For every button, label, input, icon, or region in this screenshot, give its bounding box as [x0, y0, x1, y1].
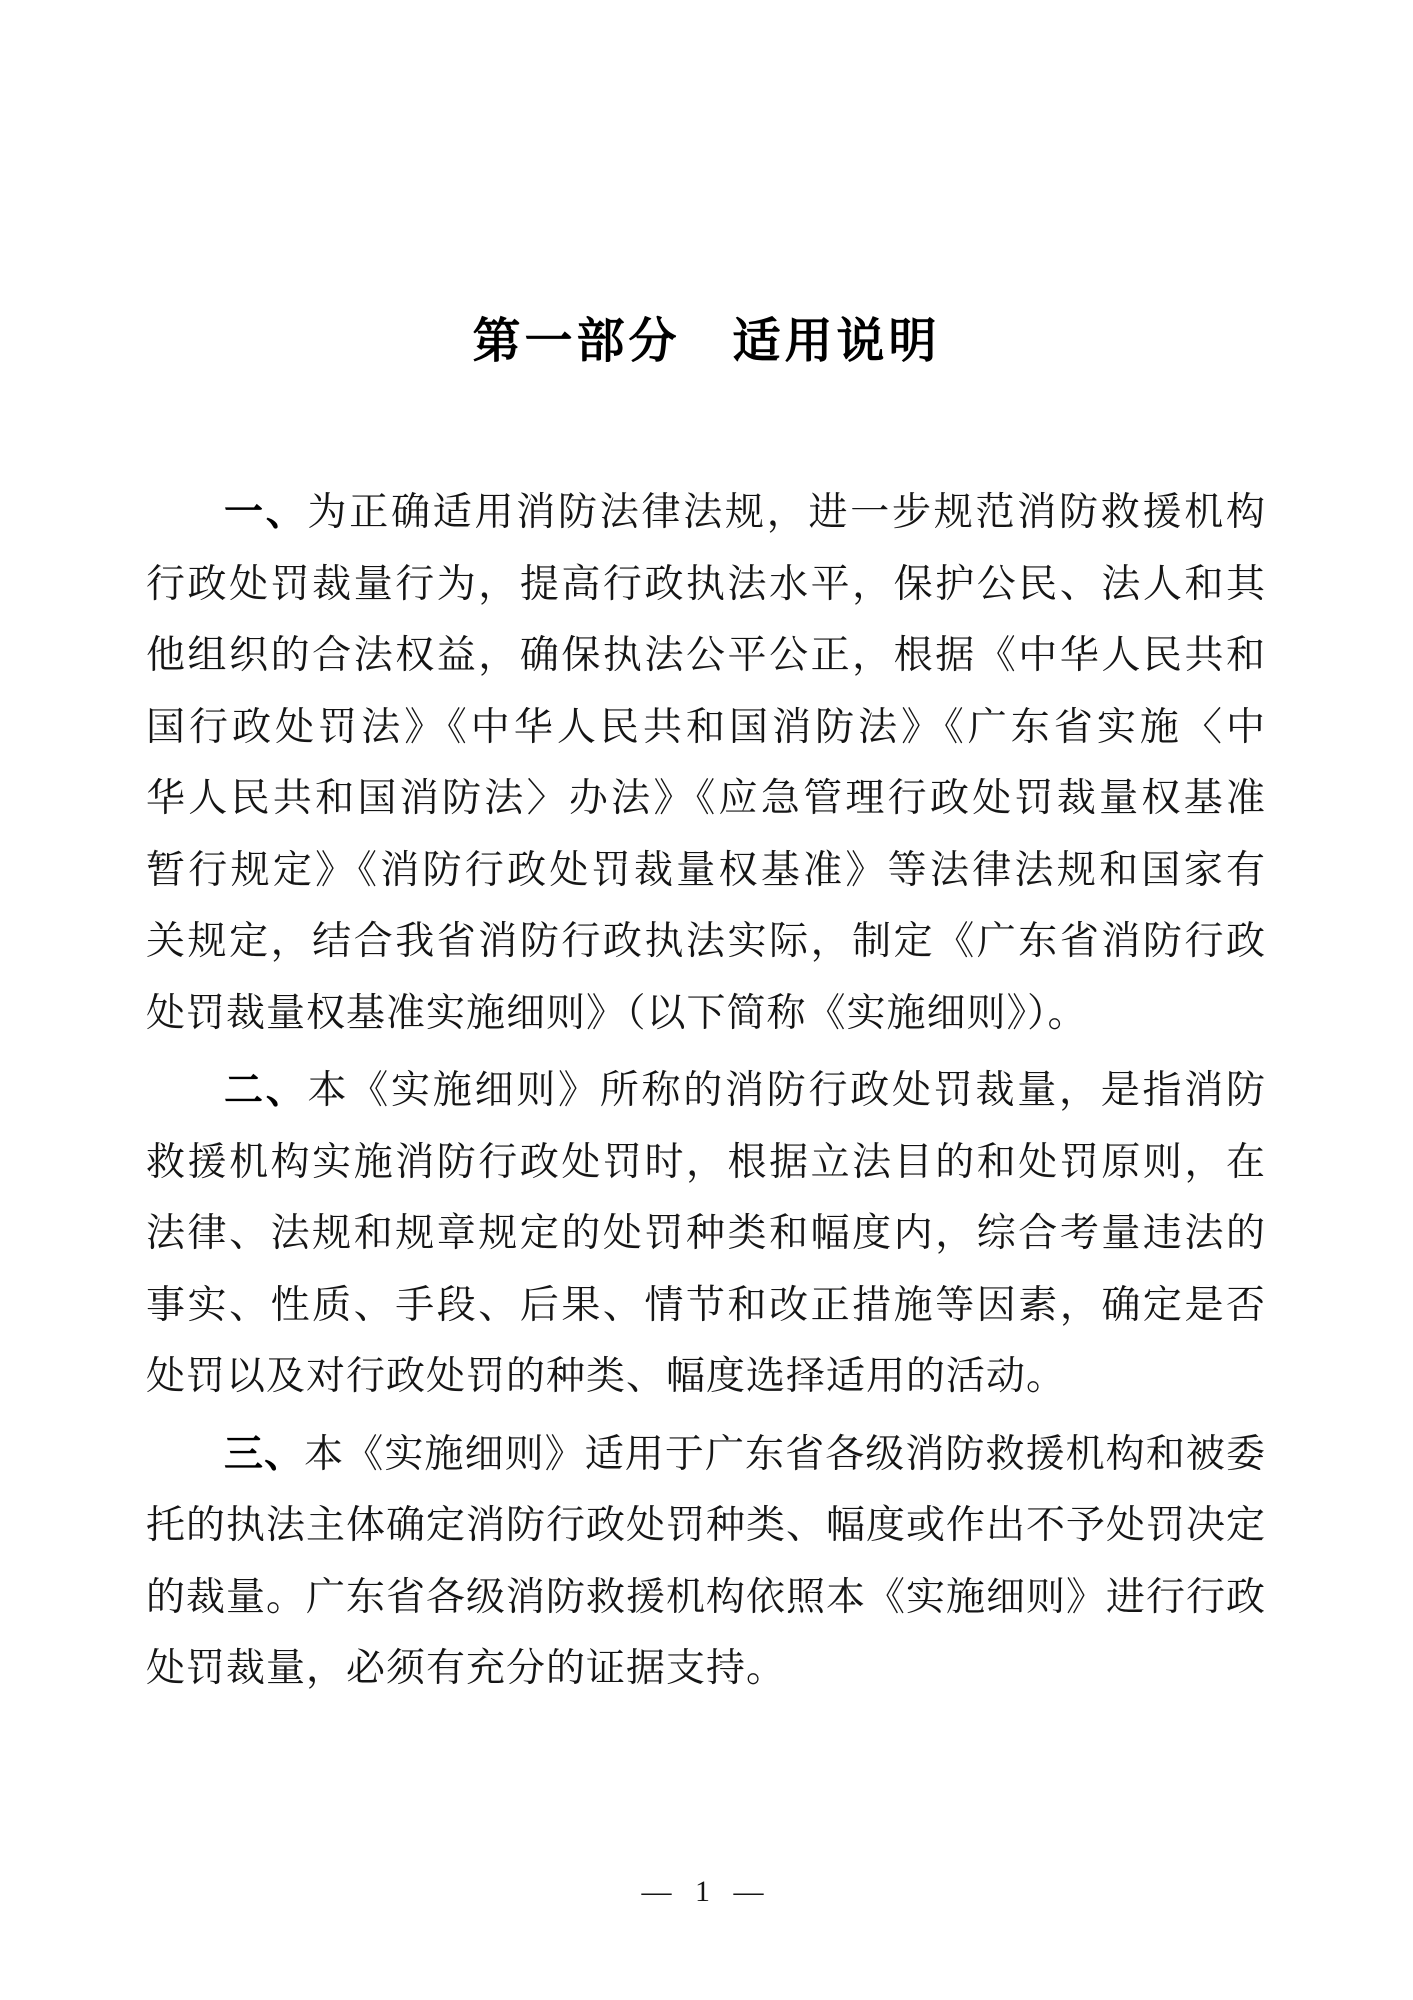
paragraph-number-label: 一、: [224, 491, 308, 534]
paragraph-line: 国行政处罚法》《中华人民共和国消防法》《广东省实施〈中: [146, 692, 1266, 764]
paragraph-line: 托的执法主体确定消防行政处罚种类、幅度或作出不予处罚决定: [146, 1490, 1266, 1562]
paragraph-line: 处罚以及对行政处罚的种类、幅度选择适用的活动。: [146, 1341, 1266, 1413]
paragraph-line: 事实、性质、手段、后果、情节和改正措施等因素，确定是否: [146, 1270, 1266, 1342]
paragraph-line: 一、为正确适用消防法律法规，进一步规范消防救援机构: [146, 477, 1266, 549]
paragraph-line: 法律、法规和规章规定的处罚种类和幅度内，综合考量违法的: [146, 1198, 1266, 1270]
document-page: 第一部分 适用说明 一、为正确适用消防法律法规，进一步规范消防救援机构行政处罚裁…: [0, 0, 1413, 2000]
paragraph-3: 三、本《实施细则》适用于广东省各级消防救援机构和被委托的执法主体确定消防行政处罚…: [146, 1419, 1266, 1705]
paragraph-line: 处罚裁量，必须有充分的证据支持。: [146, 1633, 1266, 1705]
paragraph-line: 的裁量。广东省各级消防救援机构依照本《实施细则》进行行政: [146, 1562, 1266, 1634]
paragraph-line: 处罚裁量权基准实施细则》（以下简称《实施细则》）。: [146, 978, 1266, 1050]
paragraph-line: 他组织的合法权益，确保执法公平公正，根据《中华人民共和: [146, 620, 1266, 692]
paragraph-line: 救援机构实施消防行政处罚时，根据立法目的和处罚原则，在: [146, 1127, 1266, 1199]
paragraph-number-label: 三、: [224, 1433, 304, 1476]
page-title: 第一部分 适用说明: [0, 312, 1413, 372]
paragraph-line: 行政处罚裁量行为，提高行政执法水平，保护公民、法人和其: [146, 549, 1266, 621]
paragraph-line: 华人民共和国消防法〉办法》《应急管理行政处罚裁量权基准: [146, 763, 1266, 835]
paragraph-line: 关规定，结合我省消防行政执法实际，制定《广东省消防行政: [146, 906, 1266, 978]
paragraph-1: 一、为正确适用消防法律法规，进一步规范消防救援机构行政处罚裁量行为，提高行政执法…: [146, 477, 1266, 1049]
paragraph-number-label: 二、: [224, 1069, 308, 1112]
paragraph-line: 二、本《实施细则》所称的消防行政处罚裁量，是指消防: [146, 1055, 1266, 1127]
paragraph-2: 二、本《实施细则》所称的消防行政处罚裁量，是指消防救援机构实施消防行政处罚时，根…: [146, 1055, 1266, 1413]
document-body: 一、为正确适用消防法律法规，进一步规范消防救援机构行政处罚裁量行为，提高行政执法…: [146, 477, 1266, 1705]
paragraph-line: 暂行规定》《消防行政处罚裁量权基准》等法律法规和国家有: [146, 835, 1266, 907]
paragraph-line: 三、本《实施细则》适用于广东省各级消防救援机构和被委: [146, 1419, 1266, 1491]
page-number: — 1 —: [0, 1872, 1413, 1912]
